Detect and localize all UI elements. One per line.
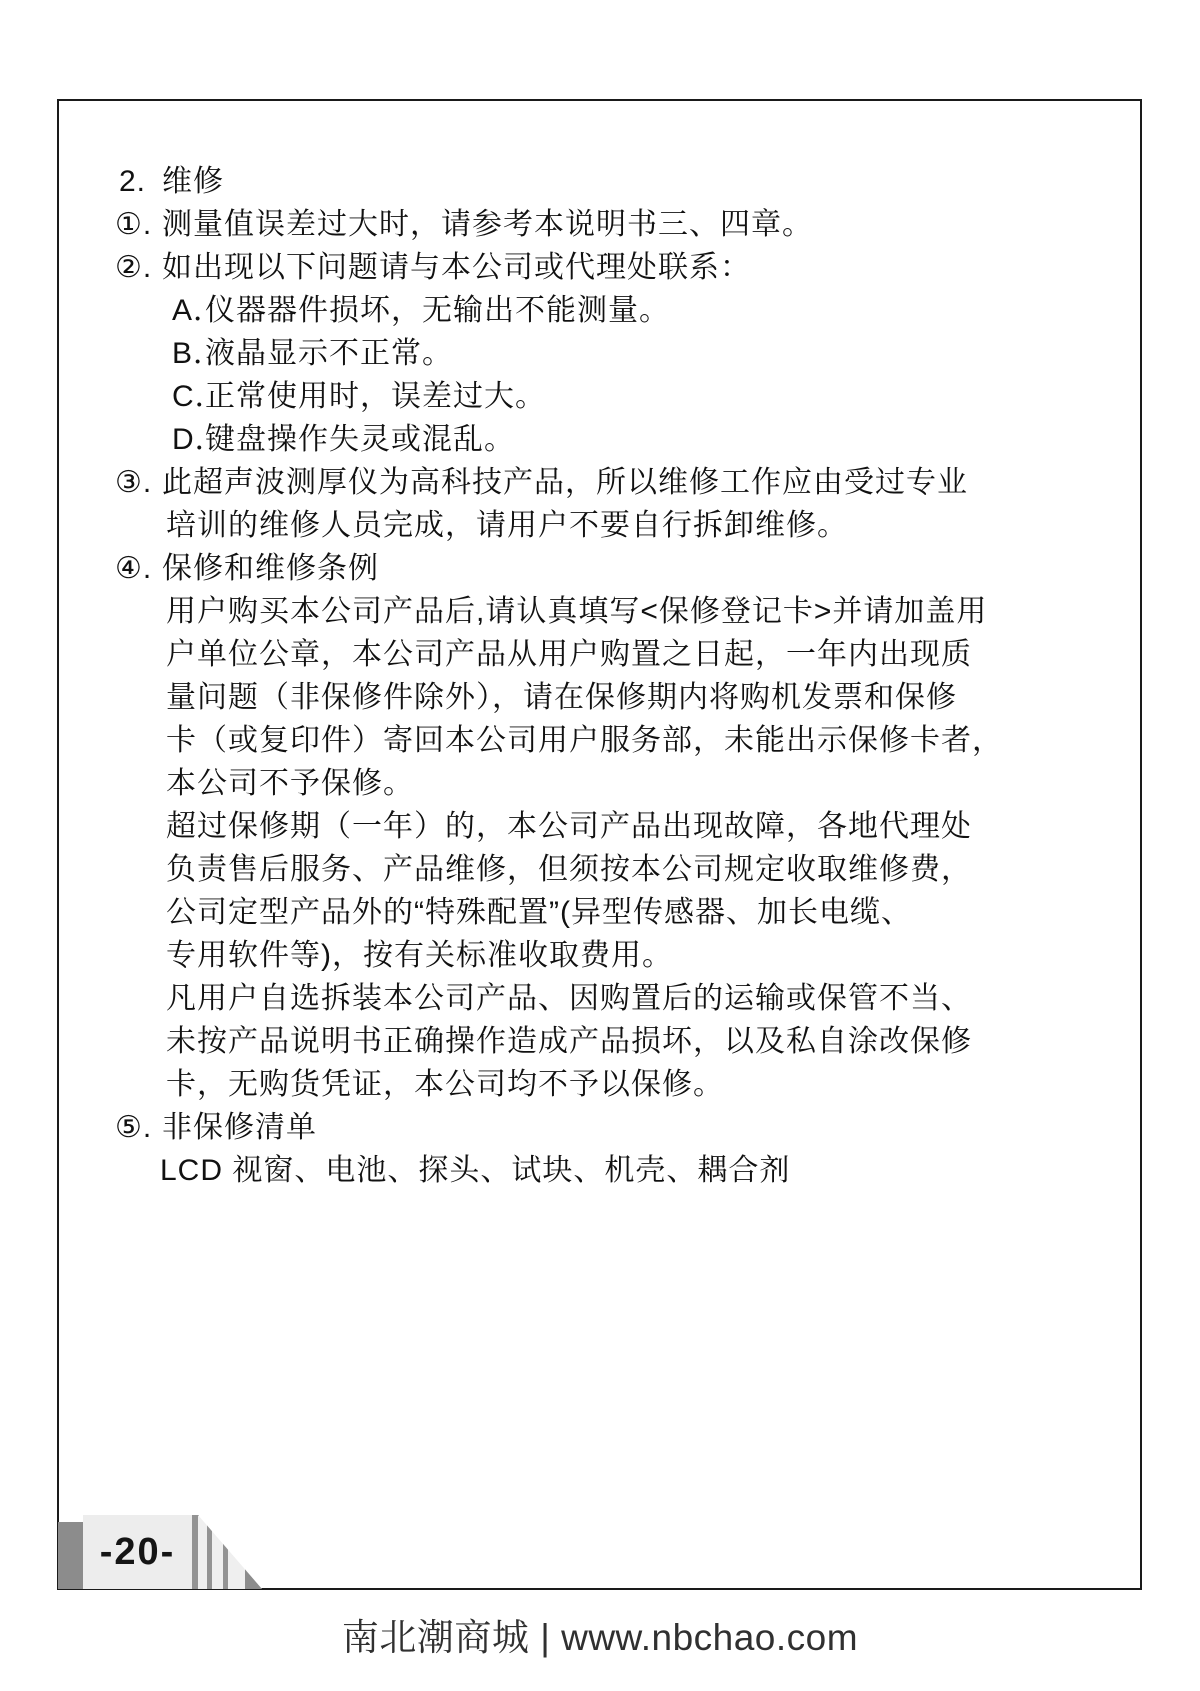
text-line: 超过保修期（一年）的，本公司产品出现故障，各地代理处	[0, 805, 1200, 848]
badge-dark-block	[58, 1522, 83, 1589]
text-line: 本公司不予保修。	[0, 762, 1200, 805]
text-line: 户单位公章，本公司产品从用户购置之日起，一年内出现质	[0, 633, 1200, 676]
badge-wedge	[198, 1515, 262, 1589]
line-marker: ⑤.	[115, 1106, 162, 1149]
line-text: 仪器器件损坏，无输出不能测量。	[205, 294, 670, 327]
line-text: 负责售后服务、产品维修，但须按本公司规定收取维修费，	[166, 853, 972, 886]
line-text: 维修	[162, 165, 224, 198]
page-number-label: -20-	[83, 1515, 192, 1589]
line-marker: 2.	[119, 160, 162, 203]
line-text: 卡（或复印件）寄回本公司用户服务部，未能出示保修卡者，	[166, 724, 1003, 757]
page-number-badge: -20-	[58, 1515, 262, 1589]
document-body: 2.维修①.测量值误差过大时，请参考本说明书三、四章。②.如出现以下问题请与本公…	[0, 160, 1200, 1192]
line-text: 如出现以下问题请与本公司或代理处联系：	[162, 251, 751, 284]
line-text: 键盘操作失灵或混乱。	[205, 423, 515, 456]
line-text: 用户购买本公司产品后,请认真填写<保修登记卡>并请加盖用	[166, 595, 987, 628]
line-text: LCD 视窗、电池、探头、试块、机壳、耦合剂	[160, 1154, 790, 1187]
line-marker: ③.	[115, 461, 162, 504]
line-marker: ①.	[115, 203, 162, 246]
line-marker: C．	[172, 375, 205, 418]
text-line: 卡，无购货凭证，本公司均不予以保修。	[0, 1063, 1200, 1106]
text-line: A．仪器器件损坏，无输出不能测量。	[0, 289, 1200, 332]
text-line: 专用软件等)，按有关标准收取费用。	[0, 934, 1200, 977]
line-text: 培训的维修人员完成，请用户不要自行拆卸维修。	[166, 509, 848, 542]
line-text: 专用软件等)，按有关标准收取费用。	[166, 939, 673, 972]
text-line: ⑤.非保修清单	[0, 1106, 1200, 1149]
text-line: B．液晶显示不正常。	[0, 332, 1200, 375]
text-line: ④.保修和维修条例	[0, 547, 1200, 590]
wedge-stripe	[207, 1515, 212, 1589]
manual-page: 2.维修①.测量值误差过大时，请参考本说明书三、四章。②.如出现以下问题请与本公…	[0, 0, 1200, 1691]
line-text: 测量值误差过大时，请参考本说明书三、四章。	[162, 208, 813, 241]
line-text: 超过保修期（一年）的，本公司产品出现故障，各地代理处	[166, 810, 972, 843]
line-text: 凡用户自选拆装本公司产品、因购置后的运输或保管不当、	[166, 982, 972, 1015]
text-line: 用户购买本公司产品后,请认真填写<保修登记卡>并请加盖用	[0, 590, 1200, 633]
line-marker: B．	[172, 332, 205, 375]
line-text: 非保修清单	[162, 1111, 317, 1144]
line-text: 液晶显示不正常。	[205, 337, 453, 370]
text-line: LCD 视窗、电池、探头、试块、机壳、耦合剂	[0, 1149, 1200, 1192]
line-text: 正常使用时，误差过大。	[205, 380, 546, 413]
text-line: ②.如出现以下问题请与本公司或代理处联系：	[0, 246, 1200, 289]
wedge-tip	[245, 1515, 262, 1589]
line-text: 未按产品说明书正确操作造成产品损坏，以及私自涂改保修	[166, 1025, 972, 1058]
wedge-stripe	[223, 1515, 228, 1589]
text-line: 公司定型产品外的“特殊配置”(异型传感器、加长电缆、	[0, 891, 1200, 934]
badge-stripe	[192, 1515, 199, 1589]
line-text: 量问题（非保修件除外），请在保修期内将购机发票和保修	[166, 681, 957, 714]
text-line: C．正常使用时，误差过大。	[0, 375, 1200, 418]
text-line: 量问题（非保修件除外），请在保修期内将购机发票和保修	[0, 676, 1200, 719]
text-line: 卡（或复印件）寄回本公司用户服务部，未能出示保修卡者，	[0, 719, 1200, 762]
text-line: 未按产品说明书正确操作造成产品损坏，以及私自涂改保修	[0, 1020, 1200, 1063]
text-line: ①.测量值误差过大时，请参考本说明书三、四章。	[0, 203, 1200, 246]
line-marker: D．	[172, 418, 205, 461]
footer-watermark: 南北潮商城 | www.nbchao.com	[0, 1616, 1200, 1660]
text-line: 凡用户自选拆装本公司产品、因购置后的运输或保管不当、	[0, 977, 1200, 1020]
text-line: 2.维修	[0, 160, 1200, 203]
line-text: 本公司不予保修。	[166, 767, 414, 800]
text-line: ③.此超声波测厚仪为高科技产品，所以维修工作应由受过专业	[0, 461, 1200, 504]
text-line: 负责售后服务、产品维修，但须按本公司规定收取维修费，	[0, 848, 1200, 891]
text-line: 培训的维修人员完成，请用户不要自行拆卸维修。	[0, 504, 1200, 547]
line-marker: ②.	[115, 246, 162, 289]
line-text: 户单位公章，本公司产品从用户购置之日起，一年内出现质	[166, 638, 972, 671]
line-text: 卡，无购货凭证，本公司均不予以保修。	[166, 1068, 724, 1101]
line-marker: ④.	[115, 547, 162, 590]
line-text: 此超声波测厚仪为高科技产品，所以维修工作应由受过专业	[162, 466, 968, 499]
line-text: 保修和维修条例	[162, 552, 379, 585]
text-line: D．键盘操作失灵或混乱。	[0, 418, 1200, 461]
line-text: 公司定型产品外的“特殊配置”(异型传感器、加长电缆、	[166, 896, 912, 929]
line-marker: A．	[172, 289, 205, 332]
